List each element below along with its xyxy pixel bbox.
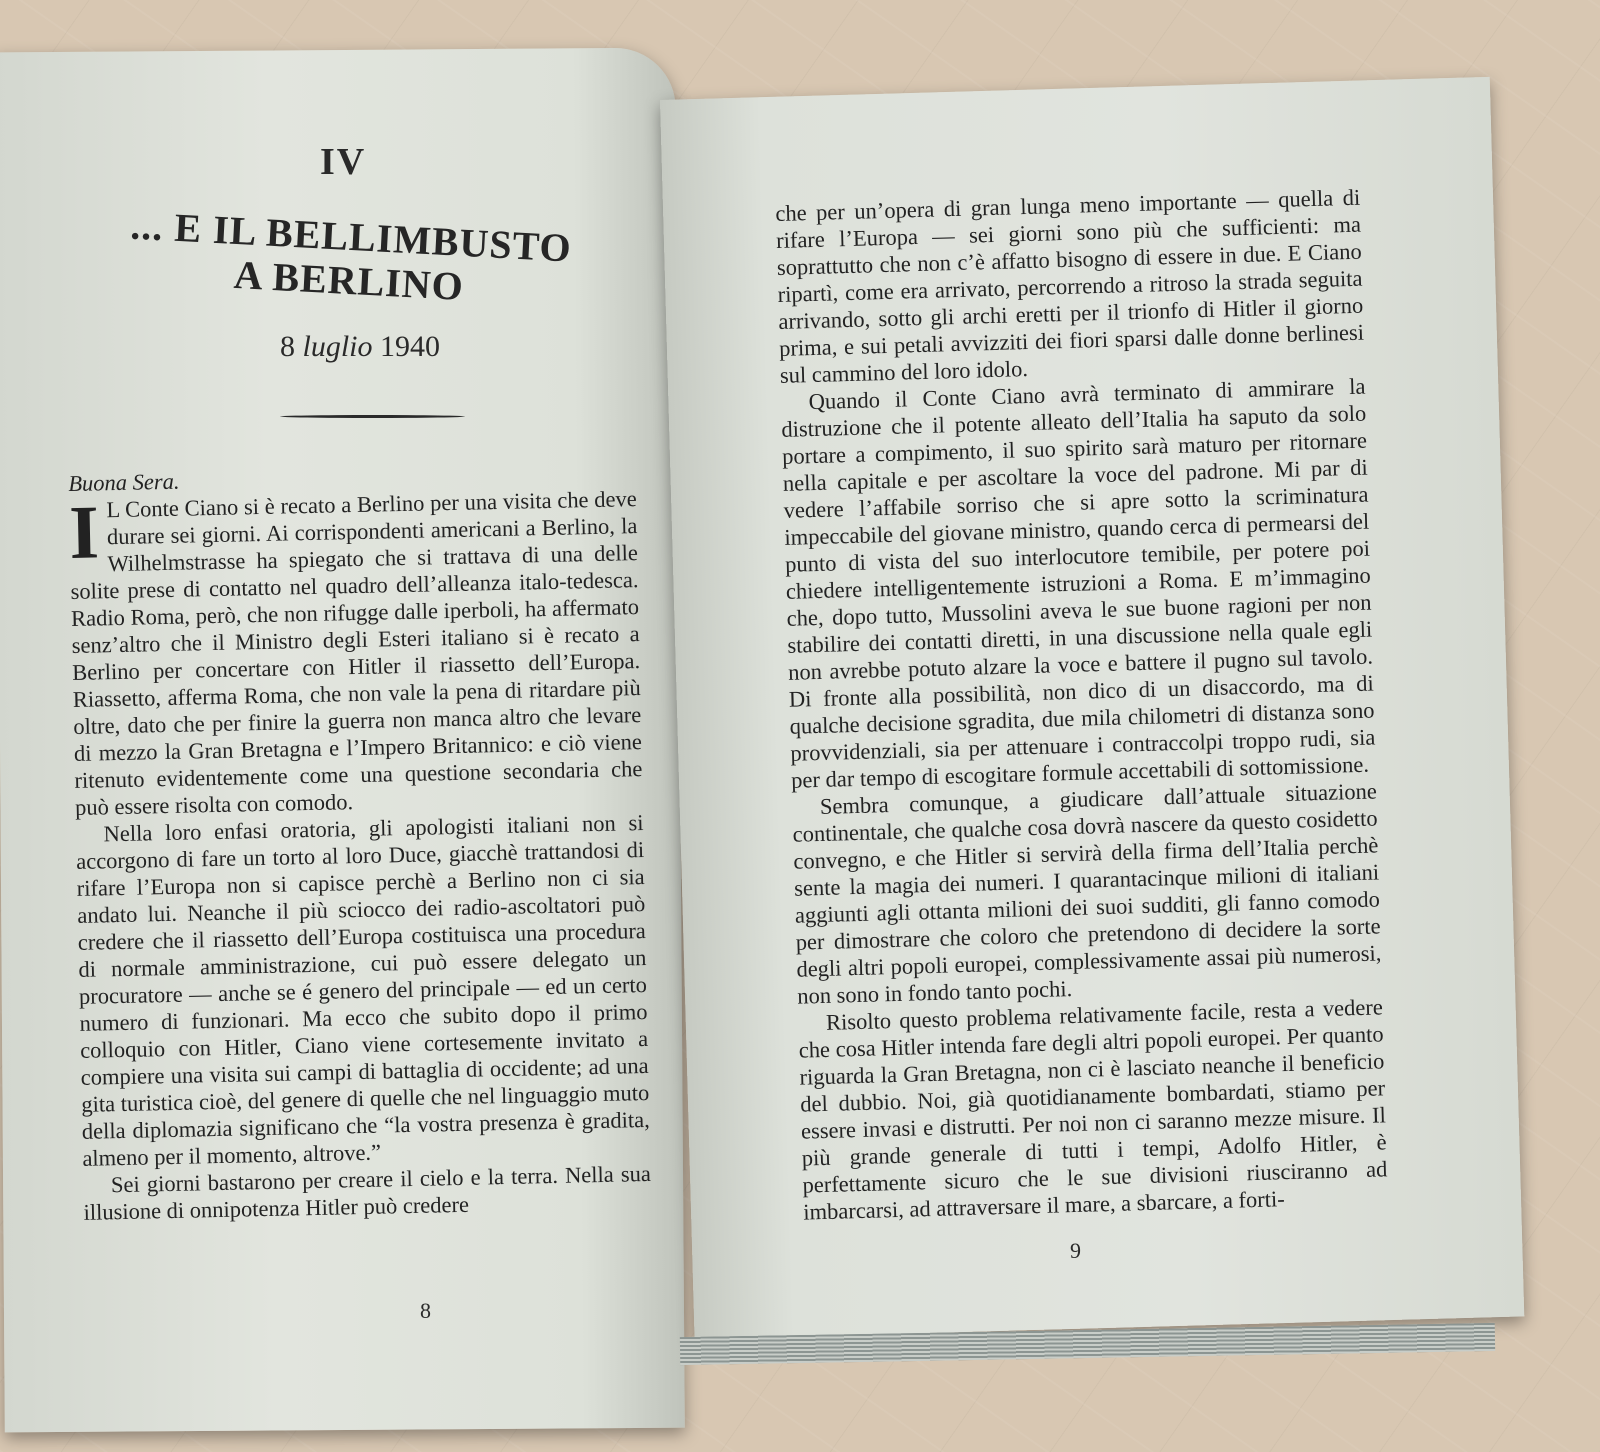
date-month: luglio — [303, 330, 373, 363]
paragraph: che per un’opera di gran lunga meno impo… — [775, 184, 1365, 389]
paragraph: Quando il Conte Ciano avrà terminato di … — [780, 373, 1376, 794]
page-number-right: 9 — [1070, 1238, 1081, 1264]
dropcap: I — [69, 500, 100, 565]
paragraph: Sembra comunque, a giudicare dall’attual… — [792, 777, 1383, 1009]
decorative-rule — [280, 415, 465, 418]
date-day: 8 — [280, 330, 295, 363]
paragraph: Risolto questo problema relativamente fa… — [798, 993, 1389, 1225]
paragraph: I L Conte Ciano si è recato a Berlino pe… — [69, 485, 644, 821]
page-number-left: 8 — [420, 1298, 431, 1324]
left-page-body: Buona Sera. I L Conte Ciano si è recato … — [68, 458, 652, 1226]
paragraph-text: L Conte Ciano si è recato a Berlino per … — [70, 486, 642, 820]
right-page-body: che per un’opera di gran lunga meno impo… — [775, 184, 1388, 1226]
chapter-number: IV — [320, 140, 366, 184]
date-year: 1940 — [380, 330, 440, 363]
chapter-date: 8 luglio 1940 — [280, 330, 440, 364]
paragraph: Nella loro enfasi oratoria, gli apologis… — [75, 809, 650, 1172]
